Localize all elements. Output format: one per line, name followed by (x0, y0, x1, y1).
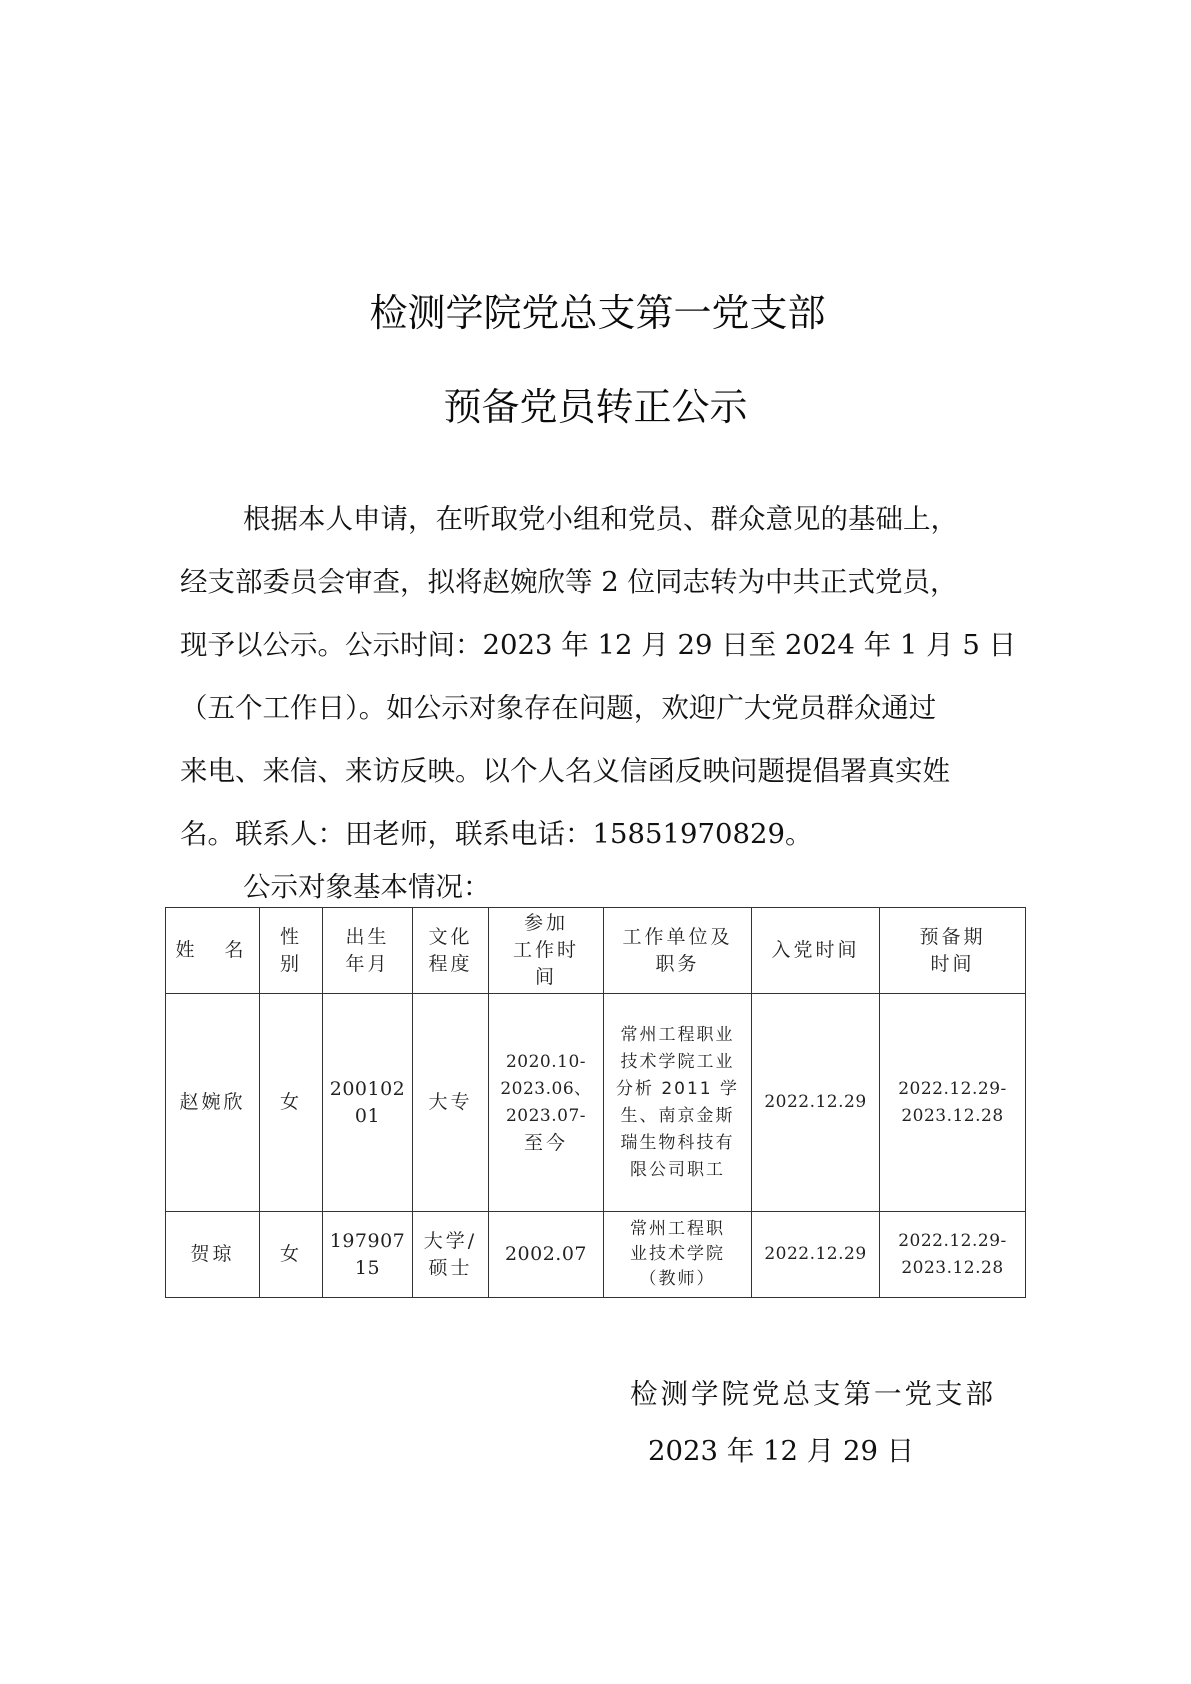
header-work-start: 参加工作时间 (489, 908, 604, 994)
cell-work-start: 2020.10- 2023.06、 2023.07- 至今 (489, 994, 604, 1212)
cell-name: 赵婉欣 (166, 994, 260, 1212)
document-title-line2: 预备党员转正公示 (0, 376, 1191, 431)
cell-name: 贺琼 (166, 1212, 260, 1298)
header-employer: 工作单位及职务 (604, 908, 752, 994)
cell-gender: 女 (260, 994, 323, 1212)
intro-line: 名。联系人：田老师，联系电话：15851970829。 (180, 803, 1015, 866)
cell-join-date: 2022.12.29 (752, 1212, 880, 1298)
cell-probation: 2022.12.29-2023.12.28 (880, 1212, 1026, 1298)
table-label: 公示对象基本情况： (243, 864, 491, 904)
cell-education: 大学/硕士 (413, 1212, 489, 1298)
header-birth: 出生年月 (323, 908, 413, 994)
signature-organization: 检测学院党总支第一党支部 (630, 1371, 996, 1411)
signature-date: 2023 年 12 月 29 日 (648, 1428, 914, 1468)
cell-birth: 20010201 (323, 994, 413, 1212)
cell-employer: 常州工程职 业技术学院 （教师） (604, 1212, 752, 1298)
cell-probation: 2022.12.29-2023.12.28 (880, 994, 1026, 1212)
cell-gender: 女 (260, 1212, 323, 1298)
intro-line: 来电、来信、来访反映。以个人名义信函反映问题提倡署真实姓 (180, 740, 1015, 803)
intro-line: 经支部委员会审查，拟将赵婉欣等 2 位同志转为中共正式党员， (180, 551, 1015, 614)
table-row: 赵婉欣 女 20010201 大专 2020.10- 2023.06、 2023… (166, 994, 1026, 1212)
header-education: 文化程度 (413, 908, 489, 994)
cell-work-start: 2002.07 (489, 1212, 604, 1298)
cell-education: 大专 (413, 994, 489, 1212)
intro-line: 根据本人申请，在听取党小组和党员、群众意见的基础上， (180, 488, 1015, 551)
header-join-date: 入党时间 (752, 908, 880, 994)
intro-line: 现予以公示。公示时间：2023 年 12 月 29 日至 2024 年 1 月 … (180, 614, 1015, 677)
intro-line: （五个工作日）。如公示对象存在问题，欢迎广大党员群众通过 (180, 677, 1015, 740)
cell-join-date: 2022.12.29 (752, 994, 880, 1212)
table-header-row: 姓 名 性别 出生年月 文化程度 参加工作时间 工作单位及职务 入党时间 预备期… (166, 908, 1026, 994)
cell-employer: 常州工程职业 技术学院工业 分析 2011 学 生、南京金斯 瑞生物科技有 限公… (604, 994, 752, 1212)
candidate-table: 姓 名 性别 出生年月 文化程度 参加工作时间 工作单位及职务 入党时间 预备期… (165, 907, 1026, 1298)
intro-paragraph: 根据本人申请，在听取党小组和党员、群众意见的基础上， 经支部委员会审查，拟将赵婉… (180, 488, 1015, 866)
header-gender: 性别 (260, 908, 323, 994)
table-row: 贺琼 女 19790715 大学/硕士 2002.07 常州工程职 业技术学院 … (166, 1212, 1026, 1298)
document-title-line1: 检测学院党总支第一党支部 (2, 282, 1191, 337)
cell-birth: 19790715 (323, 1212, 413, 1298)
header-probation: 预备期时间 (880, 908, 1026, 994)
header-name: 姓 名 (166, 908, 260, 994)
